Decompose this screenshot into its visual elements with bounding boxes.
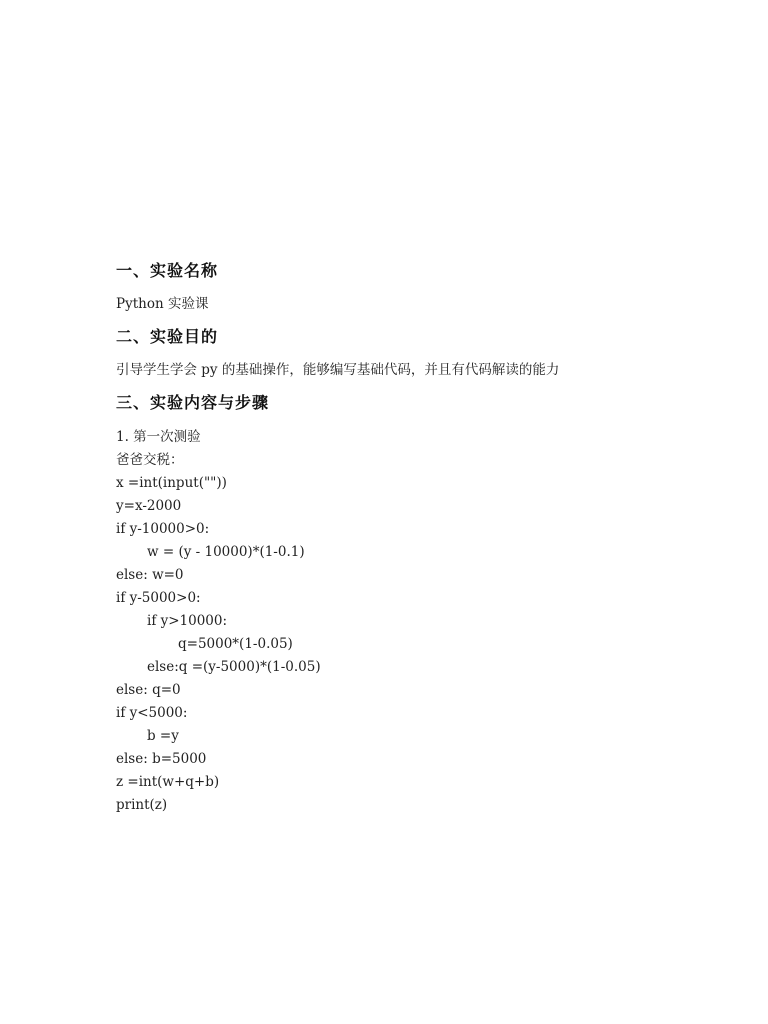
code-line: if y<5000:: [116, 703, 187, 723]
code-line: x =int(input("")): [116, 473, 227, 493]
section-heading-purpose: 二、实验目的: [116, 327, 218, 347]
section-heading-steps: 三、实验内容与步骤: [116, 393, 269, 413]
code-line: if y>10000:: [147, 611, 227, 631]
code-line: if y-5000>0:: [116, 588, 201, 608]
code-line: else: b=5000: [116, 749, 206, 769]
code-line: y=x-2000: [116, 496, 181, 516]
code-line: print(z): [116, 795, 167, 815]
section-body-purpose: 引导学生学会 py 的基础操作，能够编写基础代码，并且有代码解读的能力: [116, 360, 559, 380]
code-line: b =y: [147, 726, 179, 746]
document-page: 一、实验名称 Python 实验课 二、实验目的 引导学生学会 py 的基础操作…: [0, 0, 768, 1024]
code-line: q=5000*(1-0.05): [178, 634, 293, 654]
step-subheading: 1. 第一次测验: [116, 427, 201, 447]
task-label: 爸爸交税：: [116, 450, 184, 470]
code-line: w = (y - 10000)*(1-0.1): [147, 542, 305, 562]
section-heading-name: 一、实验名称: [116, 261, 218, 281]
code-line: z =int(w+q+b): [116, 772, 219, 792]
code-line: else:q =(y-5000)*(1-0.05): [147, 657, 321, 677]
code-line: if y-10000>0:: [116, 519, 209, 539]
section-body-name: Python 实验课: [116, 294, 208, 314]
code-line: else: q=0: [116, 680, 181, 700]
code-line: else: w=0: [116, 565, 184, 585]
